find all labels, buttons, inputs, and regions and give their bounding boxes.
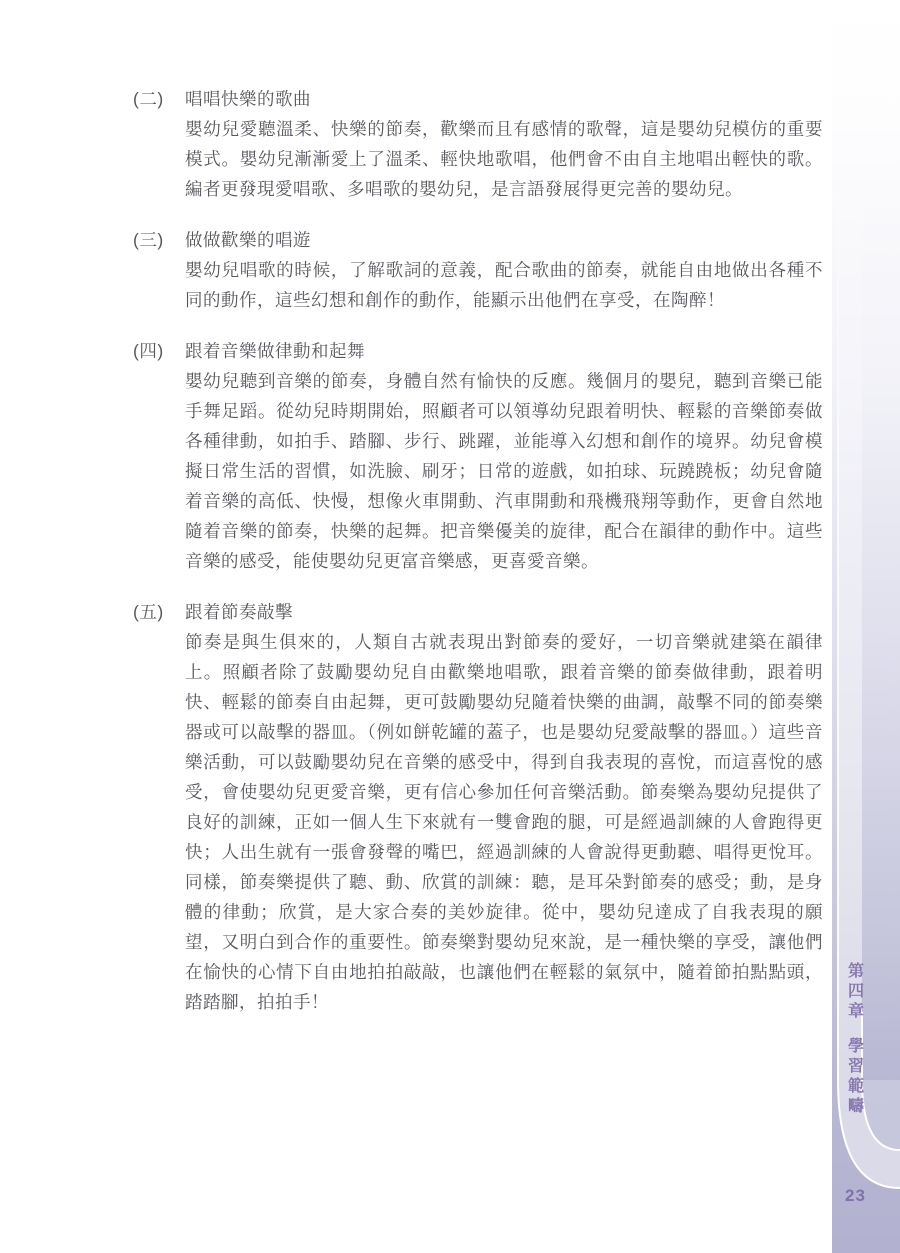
page-number: 23: [845, 1186, 866, 1206]
page-content: (二) 唱唱快樂的歌曲 嬰幼兒愛聽溫柔、快樂的節奏，歡樂而且有感情的歌聲，這是嬰…: [133, 84, 823, 1038]
section-body: 嬰幼兒唱歌的時候，了解歌詞的意義，配合歌曲的節奏，就能自由地做出各種不同的動作，…: [185, 255, 823, 315]
section-action-songs: (三) 做做歡樂的唱遊 嬰幼兒唱歌的時候，了解歌詞的意義，配合歌曲的節奏，就能自…: [133, 225, 823, 315]
document-page: (二) 唱唱快樂的歌曲 嬰幼兒愛聽溫柔、快樂的節奏，歡樂而且有感情的歌聲，這是嬰…: [0, 0, 900, 1253]
section-number: (四): [133, 336, 185, 366]
section-number: (二): [133, 84, 185, 114]
section-number: (三): [133, 225, 185, 255]
section-movement-and-dance: (四) 跟着音樂做律動和起舞 嬰幼兒聽到音樂的節奏，身體自然有愉快的反應。幾個月…: [133, 336, 823, 576]
section-body: 嬰幼兒愛聽溫柔、快樂的節奏，歡樂而且有感情的歌聲，這是嬰幼兒模仿的重要模式。嬰幼…: [185, 114, 823, 204]
section-singing-songs: (二) 唱唱快樂的歌曲 嬰幼兒愛聽溫柔、快樂的節奏，歡樂而且有感情的歌聲，這是嬰…: [133, 84, 823, 204]
chapter-label: 第四章: [843, 962, 866, 1022]
section-title: 跟着音樂做律動和起舞: [185, 336, 823, 366]
section-rhythm-percussion: (五) 跟着節奏敲擊 節奏是與生俱來的，人類自古就表現出對節奏的愛好，一切音樂就…: [133, 597, 823, 1017]
category-label: 學習範疇: [843, 1037, 866, 1117]
section-number: (五): [133, 597, 185, 627]
section-title: 跟着節奏敲擊: [185, 597, 823, 627]
section-body: 節奏是與生俱來的，人類自古就表現出對節奏的愛好，一切音樂就建築在韻律上。照顧者除…: [185, 627, 823, 1017]
section-body: 嬰幼兒聽到音樂的節奏，身體自然有愉快的反應。幾個月的嬰兒，聽到音樂已能手舞足蹈。…: [185, 366, 823, 576]
chapter-side-strip: 第四章 學習範疇 23: [832, 0, 900, 1253]
section-title: 做做歡樂的唱遊: [185, 225, 823, 255]
section-title: 唱唱快樂的歌曲: [185, 84, 823, 114]
chapter-tab: 第四章 學習範疇: [842, 962, 866, 1117]
